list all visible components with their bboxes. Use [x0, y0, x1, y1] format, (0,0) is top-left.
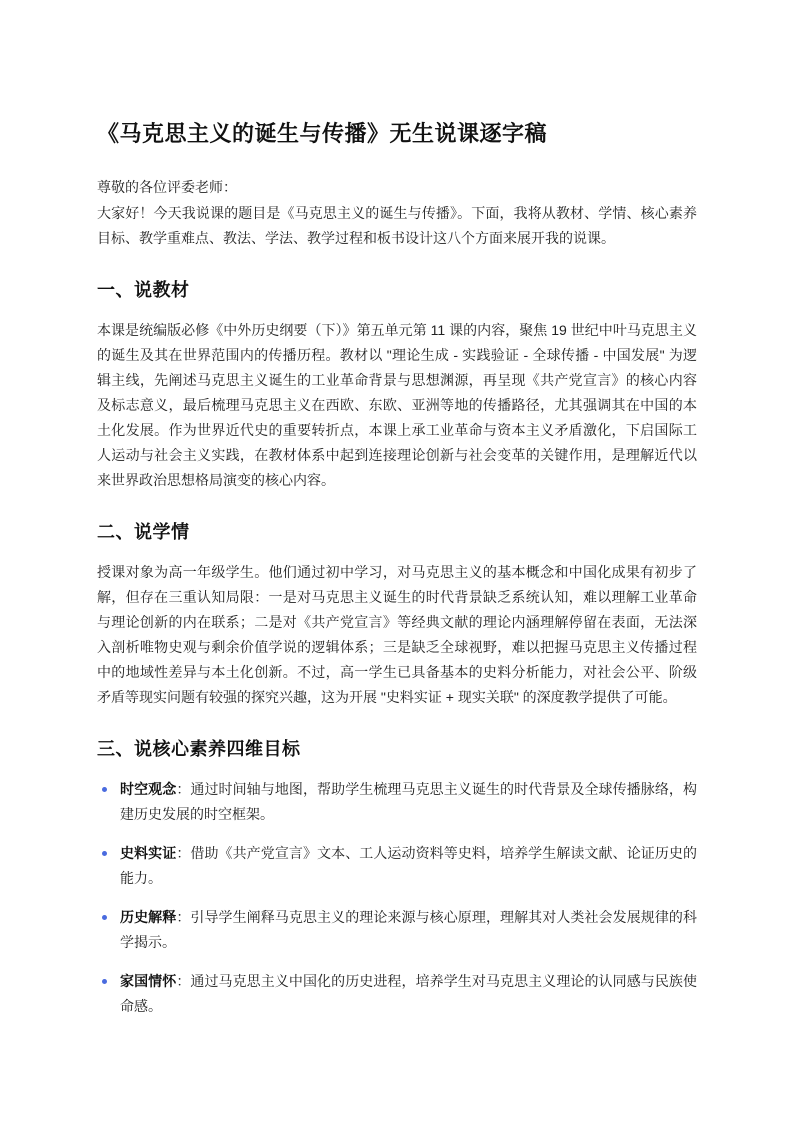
section-heading-textbook: 一、说教材 — [97, 278, 697, 303]
objective-term: 史料实证 — [120, 845, 176, 861]
objective-term: 家国情怀 — [120, 973, 176, 989]
objective-text: ：通过时间轴与地图，帮助学生梳理马克思主义诞生的时代背景及全球传播脉络，构建历史… — [120, 781, 697, 822]
salutation-text: 尊敬的各位评委老师： — [97, 175, 697, 200]
section-body-textbook: 本课是统编版必修《中外历史纲要（下）》第五单元第 11 课的内容，聚焦 19 世… — [97, 318, 697, 493]
list-item-historical-evidence: 史料实证：借助《共产党宣言》文本、工人运动资料等史料，培养学生解读文献、论证历史… — [97, 841, 697, 891]
intro-paragraph: 大家好！今天我说课的题目是《马克思主义的诞生与传播》。下面，我将从教材、学情、核… — [97, 201, 697, 251]
section-body-learning-situation: 授课对象为高一年级学生。他们通过初中学习，对马克思主义的基本概念和中国化成果有初… — [97, 560, 697, 710]
section-heading-core-objectives: 三、说核心素养四维目标 — [97, 737, 697, 762]
objective-term: 历史解释 — [120, 909, 176, 925]
objective-text: ：借助《共产党宣言》文本、工人运动资料等史料，培养学生解读文献、论证历史的能力。 — [120, 845, 697, 886]
objective-content: 历史解释：引导学生阐释马克思主义的理论来源与核心原理，理解其对人类社会发展规律的… — [120, 905, 697, 955]
objective-content: 家国情怀：通过马克思主义中国化的历史进程，培养学生对马克思主义理论的认同感与民族… — [120, 969, 697, 1019]
list-item-national-sentiment: 家国情怀：通过马克思主义中国化的历史进程，培养学生对马克思主义理论的认同感与民族… — [97, 969, 697, 1019]
objective-content: 史料实证：借助《共产党宣言》文本、工人运动资料等史料，培养学生解读文献、论证历史… — [120, 841, 697, 891]
objective-text: ：通过马克思主义中国化的历史进程，培养学生对马克思主义理论的认同感与民族使命感。 — [120, 973, 697, 1014]
objective-text: ：引导学生阐释马克思主义的理论来源与核心原理，理解其对人类社会发展规律的科学揭示… — [120, 909, 697, 950]
objectives-list: 时空观念：通过时间轴与地图，帮助学生梳理马克思主义诞生的时代背景及全球传播脉络，… — [97, 777, 697, 1019]
page-title: 《马克思主义的诞生与传播》无生说课逐字稿 — [97, 119, 697, 149]
bullet-icon — [102, 979, 107, 984]
bullet-icon — [102, 915, 107, 920]
objective-content: 时空观念：通过时间轴与地图，帮助学生梳理马克思主义诞生的时代背景及全球传播脉络，… — [120, 777, 697, 827]
document-page: 《马克思主义的诞生与传播》无生说课逐字稿 尊敬的各位评委老师： 大家好！今天我说… — [0, 0, 793, 1122]
bullet-icon — [102, 787, 107, 792]
bullet-icon — [102, 851, 107, 856]
list-item-historical-interpretation: 历史解释：引导学生阐释马克思主义的理论来源与核心原理，理解其对人类社会发展规律的… — [97, 905, 697, 955]
list-item-spatiotemporal: 时空观念：通过时间轴与地图，帮助学生梳理马克思主义诞生的时代背景及全球传播脉络，… — [97, 777, 697, 827]
objective-term: 时空观念 — [120, 781, 176, 797]
section-heading-learning-situation: 二、说学情 — [97, 520, 697, 545]
